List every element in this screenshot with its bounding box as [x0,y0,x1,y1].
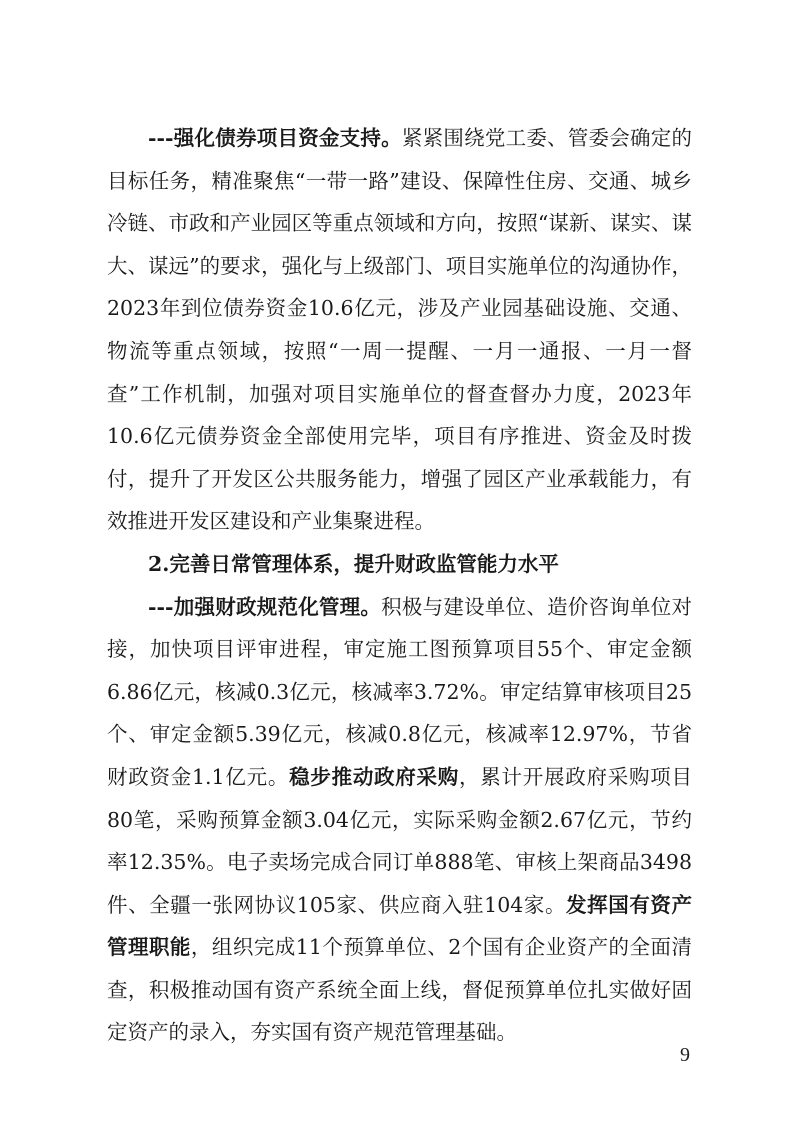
paragraph-text: 紧紧围绕党工委、管委会确定的目标任务，精准聚焦“一带一路”建设、保障性住房、交通… [107,126,692,533]
paragraph-text: 积极与建设单位、造价咨询单位对接，加快项目评审进程，审定施工图预算项目55个、审… [107,595,692,789]
paragraph-bond-funding: ---强化债券项目资金支持。紧紧围绕党工委、管委会确定的目标任务，精准聚焦“一带… [107,117,692,543]
paragraph-lead-bold: ---强化债券项目资金支持。 [148,126,402,150]
page-number: 9 [680,1044,690,1067]
document-page-body: ---强化债券项目资金支持。紧紧围绕党工委、管委会确定的目标任务，精准聚焦“一带… [107,117,692,1054]
section-heading: 2.完善日常管理体系，提升财政监管能力水平 [107,543,692,586]
paragraph-fiscal-management: ---加强财政规范化管理。积极与建设单位、造价咨询单位对接，加快项目评审进程，审… [107,586,692,1055]
inline-bold-procurement: 稳步推动政府采购 [289,765,459,789]
paragraph-lead-bold: ---加强财政规范化管理。 [148,595,381,619]
paragraph-text: ，组织完成11个预算单位、2个国有企业资产的全面清查，积极推动国有资产系统全面上… [107,935,692,1044]
